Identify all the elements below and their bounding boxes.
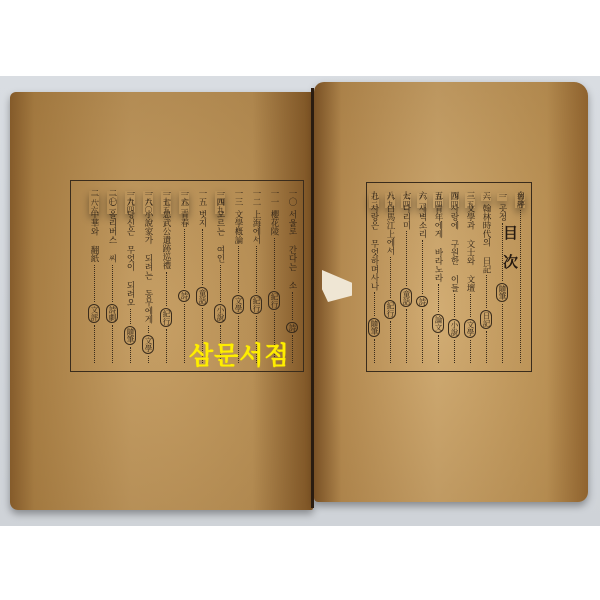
entry-number: 一五 (197, 189, 207, 206)
entry-page: 一五 (465, 193, 475, 208)
toc-heading: 目次 (500, 225, 521, 283)
entry-page: 五四 (433, 193, 443, 208)
leader-dots (422, 240, 423, 294)
toc-entry: 八 白馬江上에서 紀行 六九 (383, 191, 397, 365)
leader-dots (184, 229, 185, 288)
entry-page: 一七一 (107, 191, 117, 214)
leader-dots (130, 347, 131, 363)
leader-dots (406, 309, 407, 364)
leader-dots (112, 325, 113, 363)
entry-genre: 童話 (196, 287, 208, 306)
leader-dots (256, 246, 257, 293)
entry-genre: 紀行 (384, 300, 396, 319)
leader-dots (112, 265, 113, 303)
entry-page: 一四九 (215, 191, 225, 214)
entry-title: 文學과 文士와 文壇 (465, 204, 475, 292)
toc-entry: 九 사랑은 무엇하며사나 隨筆 七二 (367, 191, 381, 365)
preface-author: 著者 (515, 193, 525, 208)
entry-genre: 童話 (400, 288, 412, 307)
entry-page: 六 (481, 193, 491, 201)
leader-dots (470, 340, 471, 363)
entry-genre: 詩 (416, 296, 428, 308)
leader-dots (486, 275, 487, 308)
entry-page: 四四 (449, 193, 459, 208)
leader-dots (148, 326, 149, 333)
toc-entry: 四 사랑에 구원한 이들 小說 四四 (447, 191, 461, 365)
entry-genre: 詩 (286, 322, 298, 334)
leader-dots (438, 335, 439, 363)
entry-page: 一五一 (179, 191, 189, 214)
entry-genre: 論文 (432, 314, 444, 333)
leader-dots (166, 329, 167, 363)
entry-genre: 小說 (214, 304, 226, 323)
entry-title: 櫻花陵 (269, 210, 279, 236)
leader-dots (374, 292, 375, 316)
toc-entry: 三 文學과 文士와 文壇 文學 一五 (463, 191, 477, 365)
entry-page: 六一 (417, 193, 427, 208)
entry-title: 青年에게 바라노라 (433, 204, 443, 282)
entry-number: 一一 (269, 189, 279, 206)
leader-dots (94, 325, 95, 363)
entry-number: 一〇 (287, 189, 297, 206)
entry-title: 사랑에 구원한 이들 (449, 204, 459, 292)
entry-page: 一六〇 (143, 191, 153, 214)
entry-genre: 文學 (142, 335, 154, 354)
entry-title: 中華와 翻紙 (89, 210, 99, 263)
leader-dots (220, 265, 221, 303)
entry-genre: 隨筆 (124, 326, 136, 345)
entry-title: 벗지 (197, 210, 207, 227)
leader-dots (238, 246, 239, 293)
entry-genre: 紀行 (160, 308, 172, 327)
leader-dots (502, 304, 503, 363)
entry-genre: 詩 (178, 290, 190, 302)
leader-dots (486, 331, 487, 364)
store-watermark: 삼문서점 (189, 336, 290, 372)
entry-genre: 文評 (88, 304, 100, 323)
entry-title: 文學槪論 (233, 210, 243, 244)
entry-page: 一五五 (161, 191, 171, 214)
toc-entry: 二〇 올리버스 씨 詩劇 一七一 (105, 189, 119, 365)
entry-genre: 紀行 (268, 291, 280, 310)
leader-dots (94, 265, 95, 303)
leader-dots (184, 304, 185, 363)
entry-title: 올리버스 씨 (107, 210, 117, 263)
leader-dots (292, 292, 293, 320)
entry-page: 一六四 (125, 191, 135, 214)
leader-dots (374, 339, 375, 363)
entry-title: 翰林時代의 日記 (481, 204, 491, 274)
entry-genre: 文學 (232, 295, 244, 314)
toc-entry: 五 青年에게 바라노라 論文 五四 (431, 191, 445, 365)
leader-dots (390, 321, 391, 363)
entry-genre: 隨筆 (496, 283, 508, 302)
toc-entry: 一八 小說家가 되려는 동무에게 文學 一六〇 (141, 189, 155, 365)
entry-number: 一三 (233, 189, 243, 206)
toc-entry: 七 다리미 童話 六四 (399, 191, 413, 365)
entry-title: 곳정 (497, 204, 507, 221)
toc-entry: 一七 忠武公遺跡巡禮 紀行 一五五 (159, 189, 173, 365)
toc-entry: 二一 中華와 翻紙 文評 一八六 (87, 189, 101, 365)
entry-genre: 日記 (480, 310, 492, 329)
leader-dots (390, 257, 391, 299)
toc-entry: 一九 당신은 무엇이 되려오 隨筆 一六四 (123, 189, 137, 365)
leader-dots (422, 309, 423, 363)
leader-dots (454, 340, 455, 363)
entry-title: 새벽소리 (417, 204, 427, 238)
entry-genre: 小說 (448, 319, 460, 338)
book-spine (311, 88, 314, 508)
leader-dots (470, 294, 471, 317)
entry-page: 一八六 (89, 191, 99, 214)
entry-title: 서울로 간다는 소 (287, 210, 297, 290)
entry-title: 당신은 무엇이 되려오 (125, 210, 135, 307)
entry-genre: 紀行 (250, 295, 262, 314)
entry-title: 사랑은 무엇하며사나 (369, 204, 379, 291)
leader-dots (274, 238, 275, 289)
entry-page: 一 (497, 193, 507, 201)
leader-dots (406, 231, 407, 286)
entry-genre: 文學 (464, 319, 476, 338)
toc-entry: 六 새벽소리 詩 六一 (415, 191, 429, 365)
entry-title: 忠武公遺跡巡禮 (161, 210, 171, 270)
leader-dots (130, 309, 131, 325)
entry-page: 七二 (369, 193, 379, 208)
leader-dots (148, 356, 149, 363)
entry-number: 一二 (251, 189, 261, 206)
entry-title: 上海에서 (251, 210, 261, 244)
leader-dots (202, 229, 203, 285)
entry-genre: 隨筆 (368, 318, 380, 337)
leader-dots (166, 272, 167, 306)
entry-title: 小說家가 되려는 동무에게 (143, 210, 153, 324)
entry-page: 六四 (401, 193, 411, 208)
entry-page: 六九 (385, 193, 395, 208)
entry-genre: 詩劇 (106, 304, 118, 323)
leader-dots (292, 335, 293, 363)
leader-dots (438, 284, 439, 312)
leader-dots (454, 294, 455, 317)
entry-title: 모르는 여인 (215, 210, 225, 263)
entry-title: 白馬江上에서 (385, 204, 395, 255)
toc-entry: 二 翰林時代의 日記 日記 六 (479, 191, 493, 365)
